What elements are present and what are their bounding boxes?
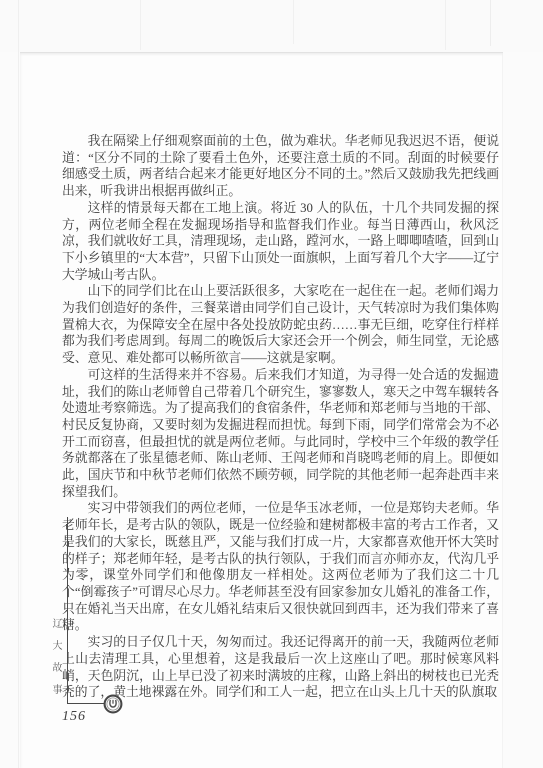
- paragraph: 实习中带领我们的两位老师，一位是华玉冰老师，一位是郑钧夫老师。华老师年长，是考古…: [62, 500, 499, 634]
- paragraph: 山下的同学们比在山上要活跃很多，大家吃在一起住在一起。老师们竭力为我们创造好的条…: [62, 283, 499, 367]
- page-edge-line: [490, 0, 491, 46]
- sidebar-rule-vertical: [67, 517, 68, 704]
- paragraph: 可这样的生活得来并不容易。后来我们才知道，为寻得一处合适的发掘遗址，我们的陈山老…: [62, 367, 499, 501]
- page-edge-line: [293, 0, 294, 44]
- paragraph: 这样的情景每天都在工地上演。将近 30 人的队伍，十几个共同发掘的探方，两位老师…: [62, 200, 499, 284]
- paragraph: 实习的日子仅几十天，匆匆而过。我还记得离开的前一天，我随两位老师上山去清理工具，…: [62, 634, 499, 701]
- paragraph: 我在隔梁上仔细观察面前的土色，做为难状。华老师见我迟迟不语，便说道：“区分不同的…: [62, 133, 499, 200]
- page-left-edge-line: [18, 0, 19, 768]
- page-edge-line: [445, 0, 446, 50]
- page-edge-line: [140, 0, 141, 50]
- chapter-ornament-icon: [103, 694, 123, 714]
- page-number: 156: [62, 709, 86, 725]
- book-page: 我在隔梁上仔细观察面前的土色，做为难状。华老师见我迟迟不语，便说道：“区分不同的…: [20, 52, 503, 768]
- sidebar-series-label: 辽大故事: [48, 618, 63, 728]
- scanned-book-photo: 我在隔梁上仔细观察面前的土色，做为难状。华老师见我迟迟不语，便说道：“区分不同的…: [0, 0, 543, 768]
- sidebar-rule-horizontal: [67, 703, 104, 704]
- book-edge-strip: [0, 0, 543, 52]
- body-text: 我在隔梁上仔细观察面前的土色，做为难状。华老师见我迟迟不语，便说道：“区分不同的…: [62, 133, 499, 701]
